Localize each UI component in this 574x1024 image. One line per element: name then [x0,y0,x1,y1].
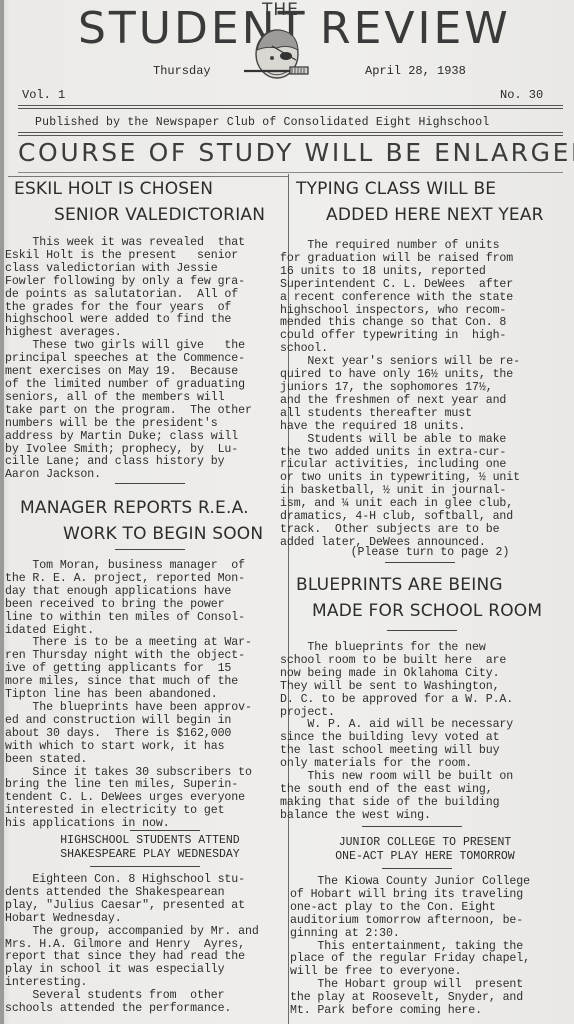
newspaper-page: STUDENT REVIEW THE Thursday April 28, 19… [0,0,574,1024]
issue-day: Thursday [153,64,211,78]
separator-rule [115,483,185,484]
article-headline: HIGHSCHOOL STUDENTS ATTEND SHAKESPEARE P… [20,834,280,862]
separator-rule [382,868,452,869]
article-body: Tom Moran, business manager of the R. E.… [5,560,252,831]
separator-rule [130,830,200,831]
article-body: This week it was revealed that Eskil Hol… [5,237,252,482]
page-edge-shadow [0,0,4,1024]
masthead-rule [18,108,563,109]
issue-date: April 28, 1938 [365,64,466,78]
banner-headline: COURSE OF STUDY WILL BE ENLARGED [18,138,563,167]
separator-rule [387,630,457,631]
separator-rule [115,549,185,550]
publisher-rule [18,135,563,136]
article-body: The blueprints for the new school room t… [280,642,513,823]
article-headline: TYPING CLASS WILL BE ADDED HERE NEXT YEA… [296,176,544,228]
issue-volume: Vol. 1 [22,88,65,102]
article-headline: MANAGER REPORTS R.E.A. WORK TO BEGIN SOO… [20,495,263,547]
article-body: Eighteen Con. 8 Highschool stu- dents at… [5,874,259,1016]
article-body: The required number of units for graduat… [280,240,520,550]
masthead-rule [18,105,563,106]
issue-number: No. 30 [500,88,543,102]
separator-rule [385,562,455,563]
separator-rule [90,866,200,867]
article-body: The Kiowa County Junior College of Hobar… [290,876,530,1018]
continuation-note: (Please turn to page 2) [330,546,530,560]
article-headline: JUNIOR COLLEGE TO PRESENT ONE-ACT PLAY H… [290,836,560,864]
separator-rule [362,826,462,827]
article-headline: ESKIL HOLT IS CHOSEN SENIOR VALEDICTORIA… [14,176,265,228]
publisher-rule [18,132,563,133]
banner-rule [18,172,563,173]
publisher-line: Published by the Newspaper Club of Conso… [35,116,489,129]
pirate-head-icon [242,24,312,90]
masthead-title-right: REVIEW [320,4,511,54]
masthead-the: THE [262,0,299,20]
article-headline: BLUEPRINTS ARE BEING MADE FOR SCHOOL ROO… [296,572,542,624]
